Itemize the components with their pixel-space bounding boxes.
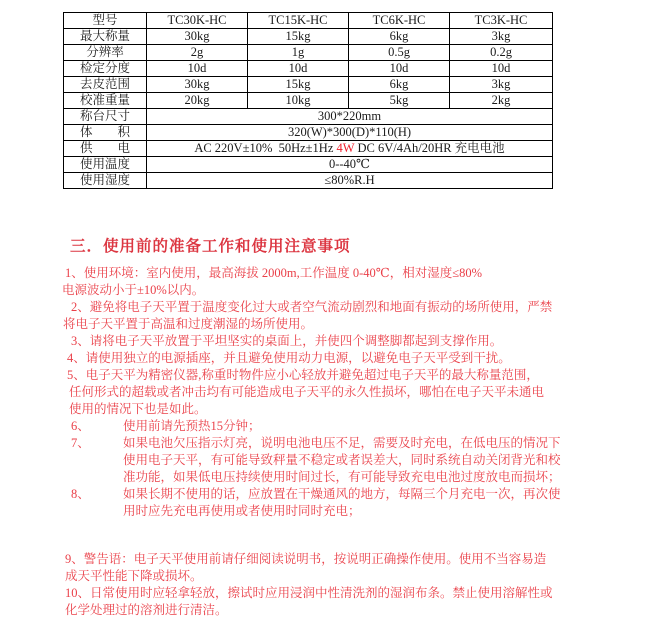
note-line: 3、请将电子天平放置于平坦坚实的桌面上，并使四个调整脚都起到支撑作用。 <box>0 333 657 350</box>
spec-cell: 10kg <box>248 93 349 109</box>
spec-table-row: 使用温度0--40℃ <box>64 157 553 173</box>
note-line: 8、如果长期不使用的话，应放置在干燥通风的地方，每隔三个月充电一次，再次使 <box>0 486 657 503</box>
note-line: 7、如果电池欠压指示灯亮，说明电池电压不足，需要及时充电，在低电压的情况下 <box>0 435 657 452</box>
spec-cell: 6kg <box>349 77 450 93</box>
spec-cell: 10d <box>147 61 248 77</box>
note-line: 9、警告语：电子天平使用前请仔细阅读说明书，按说明正确操作使用。使用不当容易造 <box>0 551 657 568</box>
spec-row-label: 去皮范围 <box>64 77 147 93</box>
spec-cell-span: ≤80%R.H <box>147 173 553 189</box>
note-item-text: 如果长期不使用的话，应放置在干燥通风的地方，每隔三个月充电一次，再次使 <box>123 487 561 501</box>
spec-row-label: 分辨率 <box>64 45 147 61</box>
spec-cell-span: 300*220mm <box>147 109 553 125</box>
spec-cell: 0.2g <box>450 45 553 61</box>
note-line: 使用的情况下也是如此。 <box>0 401 657 418</box>
spec-table-row: 体 积320(W)*300(D)*110(H) <box>64 125 553 141</box>
spec-cell: TC3K-HC <box>450 13 553 29</box>
spec-cell: TC6K-HC <box>349 13 450 29</box>
note-line: 6、使用前请先预热15分钟； <box>0 418 657 435</box>
spec-cell: 15kg <box>248 29 349 45</box>
spec-table: 型号TC30K-HCTC15K-HCTC6K-HCTC3K-HC最大称量30kg… <box>63 12 553 189</box>
note-line: 将电子天平置于高温和过度潮湿的场所使用。 <box>0 316 657 333</box>
spec-table-row: 称台尺寸300*220mm <box>64 109 553 125</box>
spec-table-row: 校准重量20kg10kg5kg2kg <box>64 93 553 109</box>
spec-table-row: 最大称量30kg15kg6kg3kg <box>64 29 553 45</box>
spec-cell: 30kg <box>147 77 248 93</box>
spec-row-label: 最大称量 <box>64 29 147 45</box>
spec-cell: 6kg <box>349 29 450 45</box>
spec-cell-span: 320(W)*300(D)*110(H) <box>147 125 553 141</box>
spec-cell: 10d <box>450 61 553 77</box>
spec-row-label: 使用湿度 <box>64 173 147 189</box>
note-line: 任何形式的超载或者冲击均有可能造成电子天平的永久性损坏，哪怕在电子天平未通电 <box>0 384 657 401</box>
note-line: 准功能，如果低电压持续使用时间过长，有可能导致充电电池过度放电而损坏； <box>0 469 657 486</box>
power-text-prefix: AC 220V±10% 50Hz±1Hz <box>194 141 336 155</box>
spec-table-row: 分辨率2g1g0.5g0.2g <box>64 45 553 61</box>
spec-table-row: 检定分度10d10d10d10d <box>64 61 553 77</box>
note-line: 成天平性能下降或损坏。 <box>0 568 657 585</box>
spec-cell-span: 0--40℃ <box>147 157 553 173</box>
spec-row-label: 体 积 <box>64 125 147 141</box>
spec-table-row: 使用湿度≤80%R.H <box>64 173 553 189</box>
spec-cell: 3kg <box>450 77 553 93</box>
note-item-text: 使用前请先预热15分钟； <box>123 419 261 433</box>
spec-cell: TC30K-HC <box>147 13 248 29</box>
power-text-red: 4W <box>337 141 355 155</box>
note-item-number: 8、 <box>71 486 123 503</box>
document-page: 型号TC30K-HCTC15K-HCTC6K-HCTC3K-HC最大称量30kg… <box>0 0 657 629</box>
note-item-number: 6、 <box>71 418 123 435</box>
spec-row-label: 称台尺寸 <box>64 109 147 125</box>
power-text-suffix: DC 6V/4Ah/20HR 充电电池 <box>354 141 504 155</box>
spec-cell: 3kg <box>450 29 553 45</box>
spec-cell: 2kg <box>450 93 553 109</box>
spec-table-row: 型号TC30K-HCTC15K-HCTC6K-HCTC3K-HC <box>64 13 553 29</box>
spec-cell: 15kg <box>248 77 349 93</box>
spec-cell: 5kg <box>349 93 450 109</box>
spec-cell: 1g <box>248 45 349 61</box>
spec-row-label: 供 电 <box>64 141 147 157</box>
section-heading: 三．使用前的准备工作和使用注意事项 <box>70 234 351 256</box>
spec-cell: 10d <box>248 61 349 77</box>
spec-row-label: 型号 <box>64 13 147 29</box>
spec-cell-span: AC 220V±10% 50Hz±1Hz 4W DC 6V/4Ah/20HR 充… <box>147 141 553 157</box>
note-item-text: 如果电池欠压指示灯亮，说明电池电压不足，需要及时充电，在低电压的情况下 <box>123 436 561 450</box>
spec-cell: 30kg <box>147 29 248 45</box>
spec-cell: TC15K-HC <box>248 13 349 29</box>
spec-row-label: 使用温度 <box>64 157 147 173</box>
usage-notes: 1、使用环境：室内使用，最高海拔 2000m,工作温度 0-40℃，相对湿度≤8… <box>0 265 657 619</box>
note-line: 4、请使用独立的电源插座，并且避免使用动力电源，以避免电子天平受到干扰。 <box>0 350 657 367</box>
spec-row-label: 校准重量 <box>64 93 147 109</box>
spec-cell: 20kg <box>147 93 248 109</box>
note-line: 化学处理过的溶剂进行清洁。 <box>0 602 657 619</box>
note-line: 2、避免将电子天平置于温度变化过大或者空气流动剧烈和地面有振动的场所使用，严禁 <box>0 299 657 316</box>
note-line: 用时应先充电再使用或者使用时同时充电； <box>0 503 657 520</box>
note-line: 10、日常使用时应轻拿轻放，擦试时应用浸润中性清洗剂的湿润布条。禁止使用溶解性或 <box>0 585 657 602</box>
note-line: 电源波动小于±10%以内。 <box>0 282 657 299</box>
spec-cell: 2g <box>147 45 248 61</box>
spec-cell: 10d <box>349 61 450 77</box>
spec-table-row: 供 电AC 220V±10% 50Hz±1Hz 4W DC 6V/4Ah/20H… <box>64 141 553 157</box>
spec-row-label: 检定分度 <box>64 61 147 77</box>
note-line: 5、电子天平为精密仪器,称重时物件应小心轻放并避免超过电子天平的最大称量范围， <box>0 367 657 384</box>
note-item-number: 7、 <box>71 435 123 452</box>
spec-table-row: 去皮范围30kg15kg6kg3kg <box>64 77 553 93</box>
note-line: 1、使用环境：室内使用，最高海拔 2000m,工作温度 0-40℃，相对湿度≤8… <box>0 265 657 282</box>
note-line: 使用电子天平，有可能导致秤量不稳定或者误差大，同时系统自动关闭背光和校 <box>0 452 657 469</box>
spec-cell: 0.5g <box>349 45 450 61</box>
